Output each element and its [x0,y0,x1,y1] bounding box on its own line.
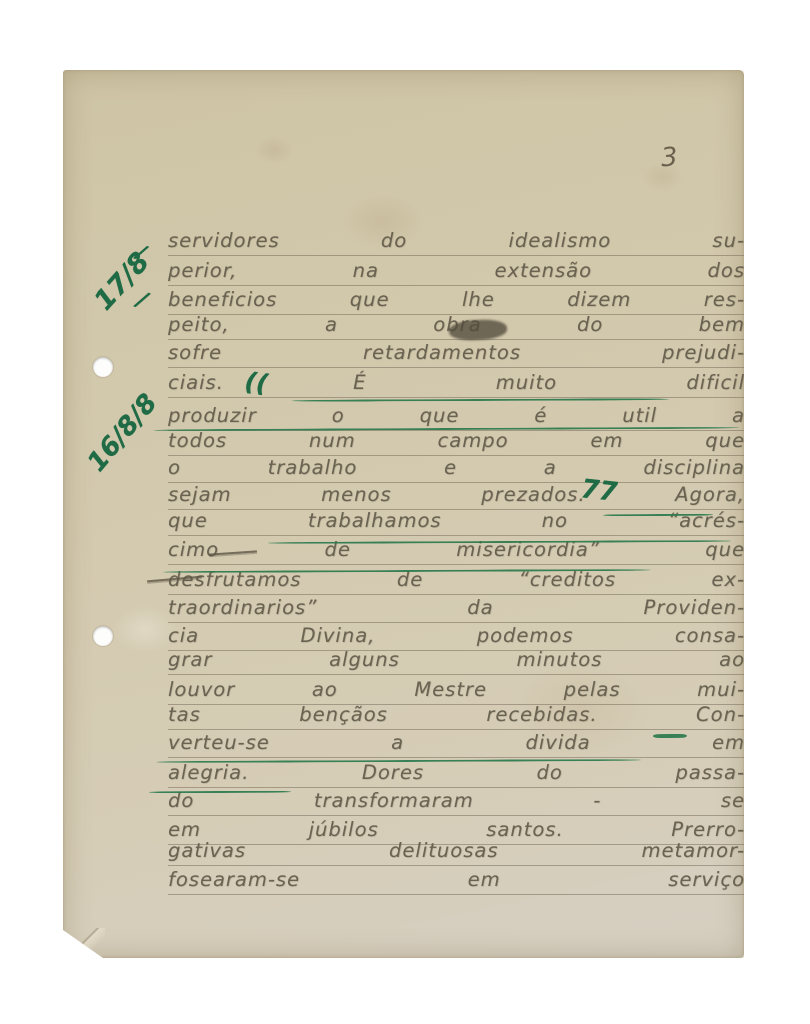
margin-note: 16/8/8 [83,390,162,477]
manuscript-line: servidores do idealismo su- [168,225,745,256]
manuscript-line: traordinarios” da Providen- [168,592,745,623]
manuscript-line: verteu-se a divida em [168,727,745,758]
manuscript-line: tas bençãos recebidas. Con- [168,699,745,730]
manuscript-line: sofre retardamentos prejudi- [168,337,745,368]
page-number: 3 [660,141,702,174]
manuscript-line: desfrutamos de “creditos ex- [168,564,745,595]
green-underline [653,734,687,738]
scanned-document: 3 servidores do idealismo su-perior, na … [0,0,810,1024]
corner-fold [63,928,105,958]
paragraph-mark: (( [243,369,269,397]
manuscript-line: grar alguns minutos ao [168,644,745,675]
manuscript-page: 3 servidores do idealismo su-perior, na … [63,70,744,958]
punch-hole [93,626,113,646]
manuscript-line: do transformaram - se [168,785,745,816]
paragraph-mark: / [134,289,150,312]
manuscript-line: perior, na extensão dos [168,255,745,286]
manuscript-line: que trabalhamos no “acrés- [168,505,745,536]
paragraph-mark: 77 [580,476,619,506]
manuscript-line: gativas delituosas metamor- [168,835,745,866]
manuscript-line: fosearam-se em serviço [168,864,745,895]
punch-hole [93,357,113,377]
